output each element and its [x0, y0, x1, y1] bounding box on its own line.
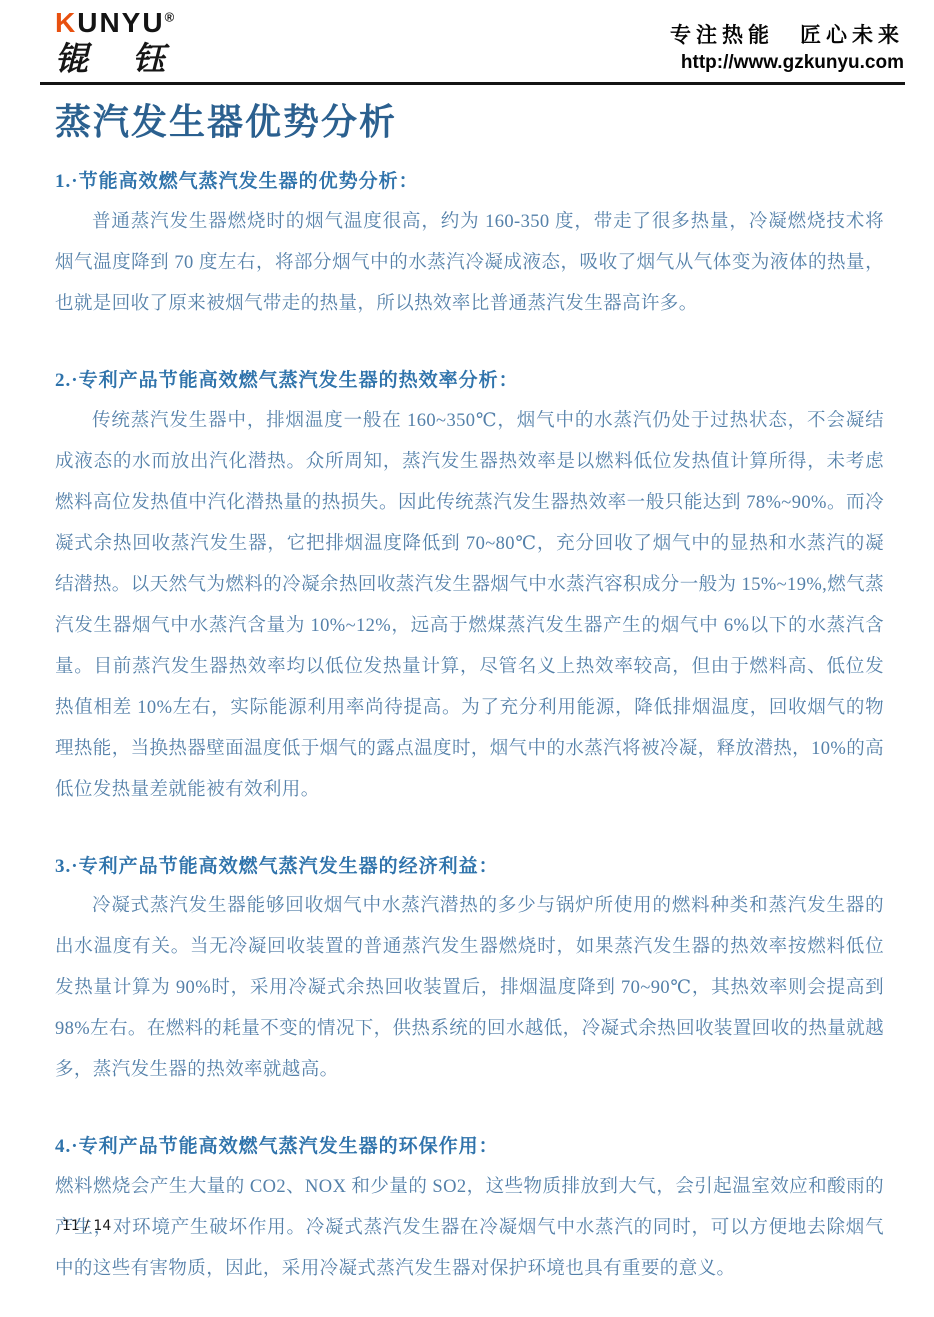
page-title: 蒸汽发生器优势分析: [55, 101, 884, 144]
logo-chinese-name: 锟 钰: [55, 42, 183, 78]
section-2: 2.·专利产品节能高效燃气蒸汽发生器的热效率分析： 传统蒸汽发生器中，排烟温度一…: [0, 369, 934, 811]
header-slogan: 专注热能 匠心未来: [670, 22, 904, 49]
registered-trademark-icon: ®: [165, 10, 175, 25]
section-2-paragraph: 传统蒸汽发生器中，排烟温度一般在 160~350℃，烟气中的水蒸汽仍处于过热状态…: [55, 401, 884, 811]
logo-wordmark: KUNYU®: [55, 8, 183, 39]
section-3: 3.·专利产品节能高效燃气蒸汽发生器的经济利益： 冷凝式蒸汽发生器能够回收烟气中…: [0, 855, 934, 1092]
section-4-heading: 4.·专利产品节能高效燃气蒸汽发生器的环保作用：: [55, 1135, 884, 1160]
section-4: 4.·专利产品节能高效燃气蒸汽发生器的环保作用： 燃料燃烧会产生大量的 CO2、…: [0, 1135, 934, 1290]
section-1: 1.·节能高效燃气蒸汽发生器的优势分析： 普通蒸汽发生器燃烧时的烟气温度很高，约…: [0, 170, 934, 325]
header-divider: [40, 82, 905, 85]
header-website-url: http://www.gzkunyu.com: [670, 52, 904, 75]
page-number: 11 / 14: [62, 1218, 111, 1234]
kunyu-logo: KUNYU® 锟 钰: [55, 8, 183, 78]
section-2-heading: 2.·专利产品节能高效燃气蒸汽发生器的热效率分析：: [55, 369, 884, 394]
section-3-paragraph: 冷凝式蒸汽发生器能够回收烟气中水蒸汽潜热的多少与锅炉所使用的燃料种类和蒸汽发生器…: [55, 886, 884, 1091]
header-right-block: 专注热能 匠心未来 http://www.gzkunyu.com: [670, 22, 904, 78]
section-3-heading: 3.·专利产品节能高效燃气蒸汽发生器的经济利益：: [55, 855, 884, 880]
section-4-paragraph: 燃料燃烧会产生大量的 CO2、NOX 和少量的 SO2，这些物质排放到大气，会引…: [55, 1167, 884, 1290]
section-1-heading: 1.·节能高效燃气蒸汽发生器的优势分析：: [55, 170, 884, 195]
logo-wordmark-text: KUNYU: [55, 7, 165, 38]
page-header: KUNYU® 锟 钰 专注热能 匠心未来 http://www.gzkunyu.…: [0, 0, 934, 78]
document-page: KUNYU® 锟 钰 专注热能 匠心未来 http://www.gzkunyu.…: [0, 0, 934, 1317]
section-1-paragraph: 普通蒸汽发生器燃烧时的烟气温度很高，约为 160-350 度，带走了很多热量，冷…: [55, 202, 884, 325]
